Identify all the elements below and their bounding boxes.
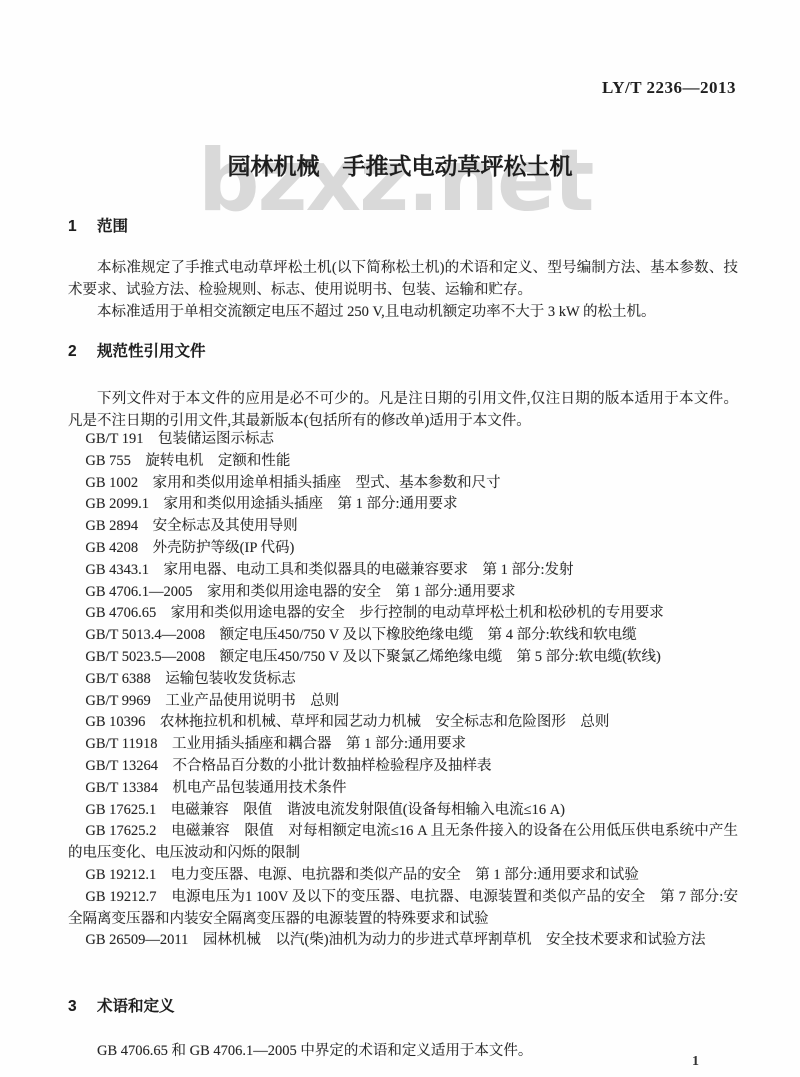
reference-item: GB 1002 家用和类似用途单相插头插座 型式、基本参数和尺寸 bbox=[68, 473, 738, 495]
section-references-title: 规范性引用文件 bbox=[97, 343, 206, 360]
reference-item: GB 19212.1 电力变压器、电源、电抗器和类似产品的安全 第 1 部分:通… bbox=[68, 865, 738, 887]
reference-item: GB 19212.7 电源电压为1 100V 及以下的变压器、电抗器、电源装置和… bbox=[68, 887, 738, 931]
section-scope-heading-block: 1 范围 bbox=[68, 216, 738, 238]
section-references-heading: 2 规范性引用文件 bbox=[68, 341, 738, 363]
section-scope-body: 本标准规定了手推式电动草坪松土机(以下简称松土机)的术语和定义、型号编制方法、基… bbox=[68, 258, 738, 323]
scope-paragraph-2: 本标准适用于单相交流额定电压不超过 250 V,且电动机额定功率不大于 3 kW… bbox=[68, 302, 738, 324]
reference-item: GB 4706.1—2005 家用和类似用途电器的安全 第 1 部分:通用要求 bbox=[68, 582, 738, 604]
reference-item: GB 4706.65 家用和类似用途电器的安全 步行控制的电动草坪松土机和松砂机… bbox=[68, 603, 738, 625]
reference-item: GB/T 6388 运输包装收发货标志 bbox=[68, 669, 738, 691]
reference-item: GB/T 5013.4—2008 额定电压450/750 V 及以下橡胶绝缘电缆… bbox=[68, 625, 738, 647]
terms-paragraph: GB 4706.65 和 GB 4706.1—2005 中界定的术语和定义适用于… bbox=[68, 1041, 738, 1063]
section-terms-title: 术语和定义 bbox=[97, 998, 175, 1015]
reference-item: GB 17625.1 电磁兼容 限值 谐波电流发射限值(设备每相输入电流≤16 … bbox=[68, 800, 738, 822]
reference-item: GB 4343.1 家用电器、电动工具和类似器具的电磁兼容要求 第 1 部分:发… bbox=[68, 560, 738, 582]
reference-item: GB/T 9969 工业产品使用说明书 总则 bbox=[68, 691, 738, 713]
section-scope-heading: 1 范围 bbox=[68, 216, 738, 238]
section-terms-body: GB 4706.65 和 GB 4706.1—2005 中界定的术语和定义适用于… bbox=[68, 1041, 738, 1063]
reference-item: GB 2894 安全标志及其使用导则 bbox=[68, 516, 738, 538]
reference-item: GB 755 旋转电机 定额和性能 bbox=[68, 451, 738, 473]
reference-item: GB 17625.2 电磁兼容 限值 对每相额定电流≤16 A 且无条件接入的设… bbox=[68, 821, 738, 865]
references-intro-block: 下列文件对于本文件的应用是必不可少的。凡是注日期的引用文件,仅注日期的版本适用于… bbox=[68, 389, 738, 433]
page-number: 1 bbox=[692, 1054, 699, 1070]
references-list: GB/T 191 包装储运图示标志GB 755 旋转电机 定额和性能GB 100… bbox=[68, 429, 738, 952]
section-references-heading-block: 2 规范性引用文件 bbox=[68, 341, 738, 363]
section-terms-number: 3 bbox=[68, 996, 77, 1018]
reference-item: GB/T 191 包装储运图示标志 bbox=[68, 429, 738, 451]
section-scope-number: 1 bbox=[68, 216, 77, 238]
scope-paragraph-1: 本标准规定了手推式电动草坪松土机(以下简称松土机)的术语和定义、型号编制方法、基… bbox=[68, 258, 738, 302]
section-scope-title: 范围 bbox=[97, 218, 128, 235]
reference-item: GB 2099.1 家用和类似用途插头插座 第 1 部分:通用要求 bbox=[68, 494, 738, 516]
document-page: bzxz.net LY/T 2236—2013 园林机械 手推式电动草坪松土机 … bbox=[0, 0, 800, 1077]
reference-item: GB/T 5023.5—2008 额定电压450/750 V 及以下聚氯乙烯绝缘… bbox=[68, 647, 738, 669]
standard-number-header: LY/T 2236—2013 bbox=[602, 78, 736, 98]
scanned-standard-page: { "page": { "header_code": "LY/T 2236—20… bbox=[0, 0, 800, 1077]
reference-item: GB 26509—2011 园林机械 以汽(柴)油机为动力的步进式草坪割草机 安… bbox=[68, 930, 738, 952]
section-references-number: 2 bbox=[68, 341, 77, 363]
section-terms-heading: 3 术语和定义 bbox=[68, 996, 738, 1018]
reference-item: GB/T 13384 机电产品包装通用技术条件 bbox=[68, 778, 738, 800]
reference-item: GB/T 11918 工业用插头插座和耦合器 第 1 部分:通用要求 bbox=[68, 734, 738, 756]
reference-item: GB 4208 外壳防护等级(IP 代码) bbox=[68, 538, 738, 560]
references-intro-paragraph: 下列文件对于本文件的应用是必不可少的。凡是注日期的引用文件,仅注日期的版本适用于… bbox=[68, 389, 738, 433]
reference-item: GB/T 13264 不合格品百分数的小批计数抽样检验程序及抽样表 bbox=[68, 756, 738, 778]
reference-item: GB 10396 农林拖拉机和机械、草坪和园艺动力机械 安全标志和危险图形 总则 bbox=[68, 712, 738, 734]
document-title: 园林机械 手推式电动草坪松土机 bbox=[0, 148, 800, 181]
section-terms-heading-block: 3 术语和定义 bbox=[68, 996, 738, 1018]
